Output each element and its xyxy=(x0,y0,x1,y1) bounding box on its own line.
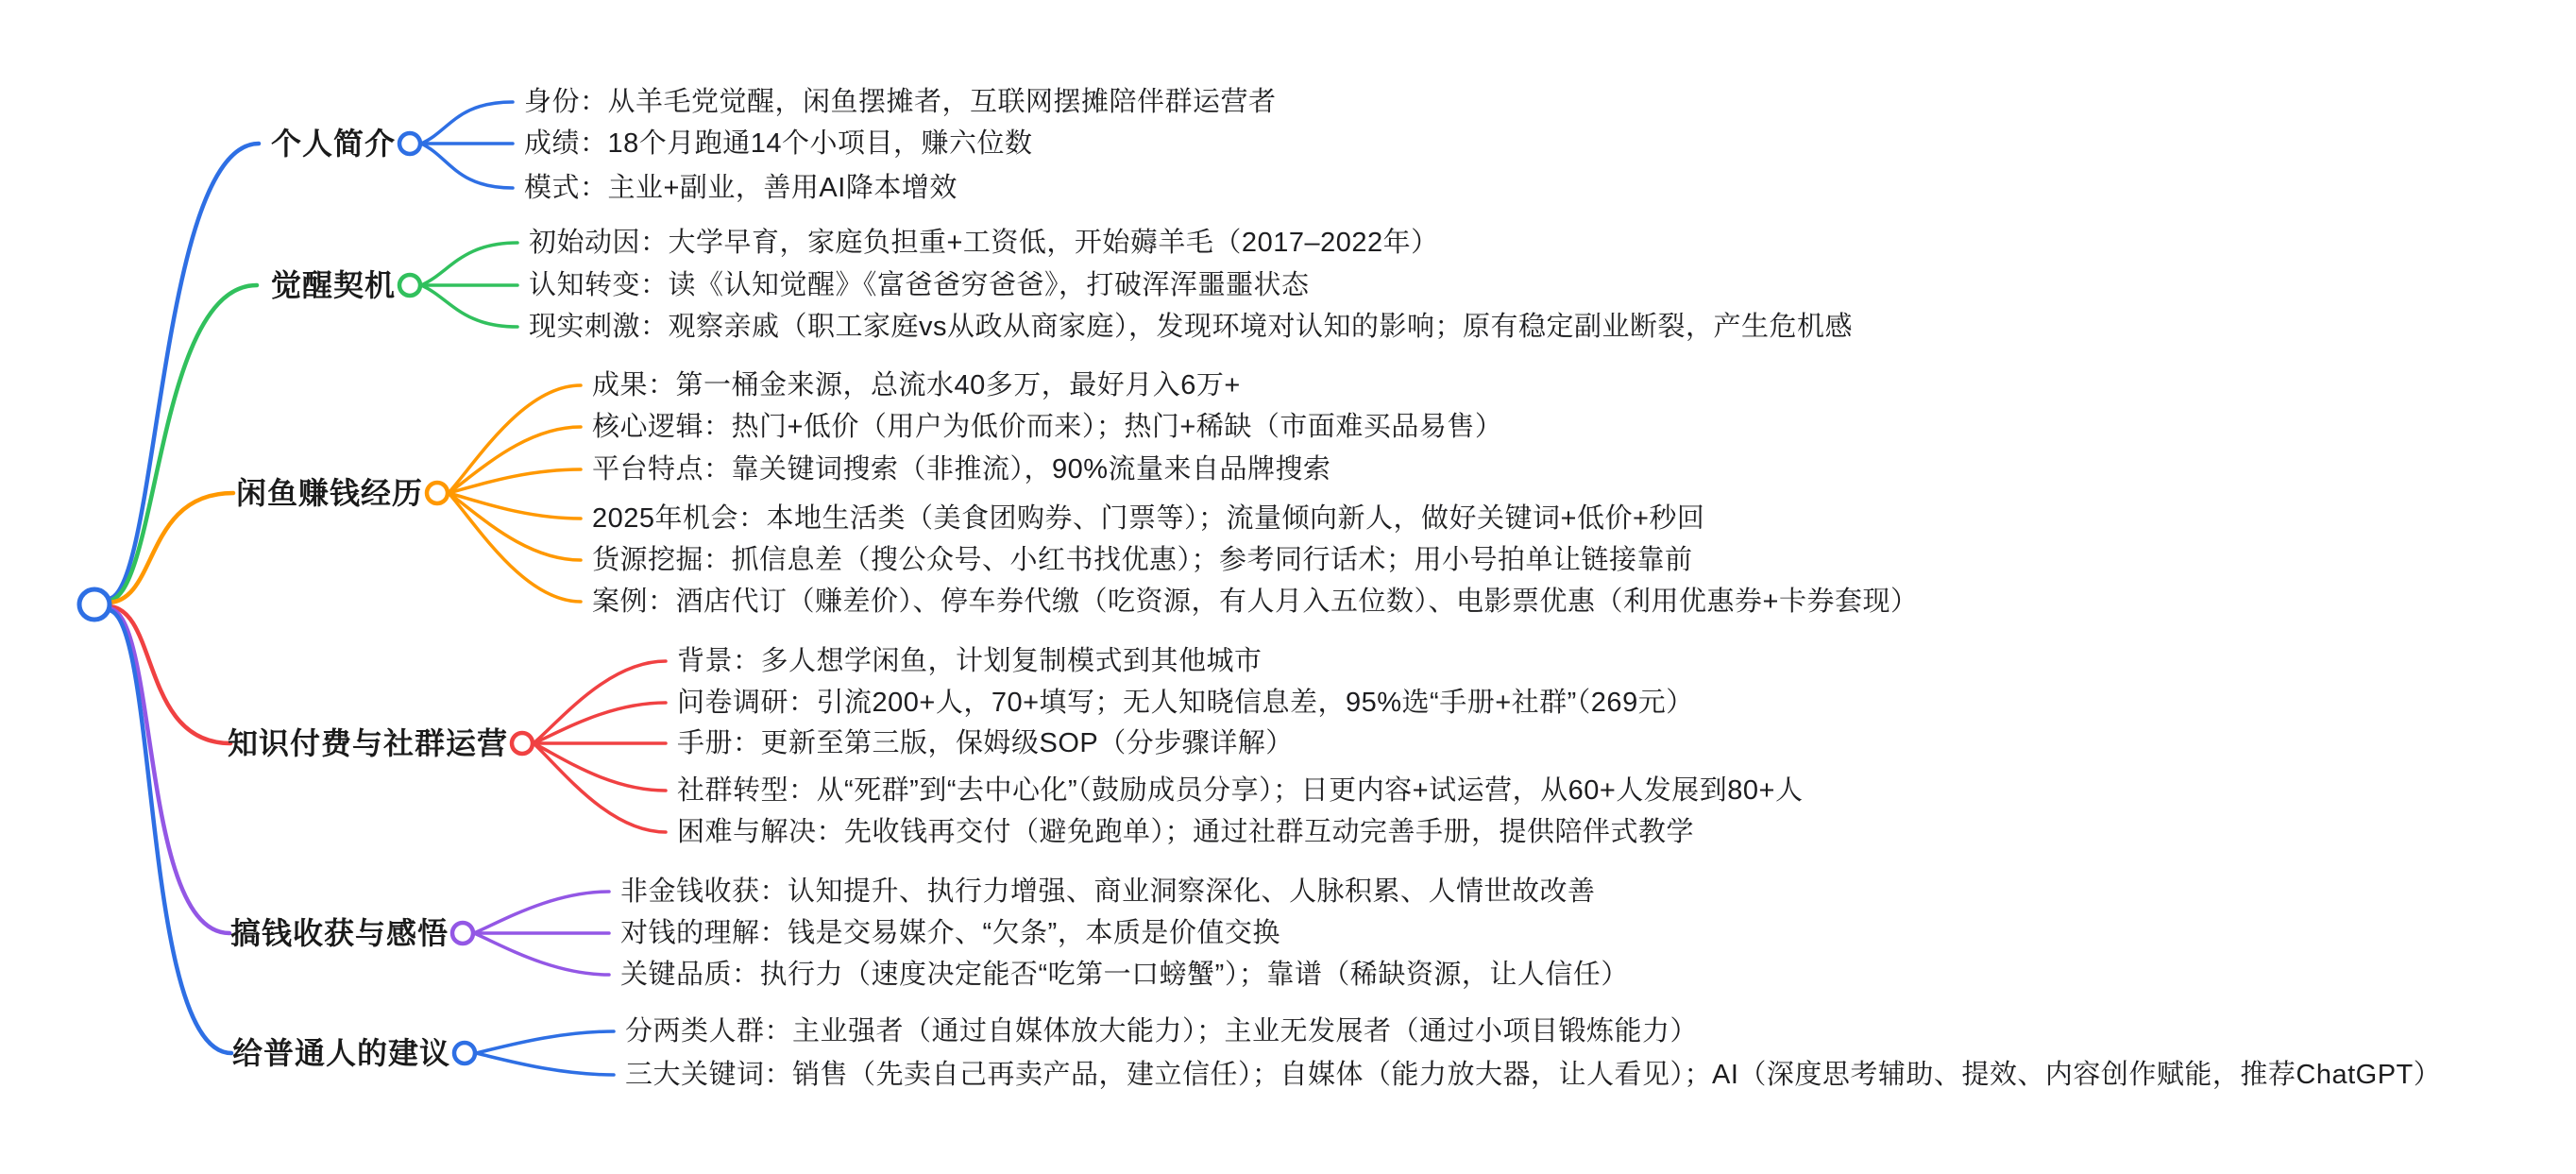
connector-line xyxy=(534,743,666,791)
leaf-node[interactable]: 三大关键词：销售（先卖自己再卖产品，建立信任）；自媒体（能力放大器，让人看见）；… xyxy=(625,1055,2441,1095)
connector-line xyxy=(474,933,609,975)
branch-node-personal-intro[interactable]: 个人简介 xyxy=(271,123,396,164)
leaf-node[interactable]: 货源挖掘：抓信息差（搜公众号、小红书找优惠）；参考同行话术；用小号拍单让链接靠前 xyxy=(592,540,1693,580)
leaf-node[interactable]: 平台特点：靠关键词搜索（非推流），90%流量来自品牌搜索 xyxy=(592,450,1331,489)
connector-line xyxy=(449,493,581,560)
leaf-node[interactable]: 身份：从羊毛党觉醒，闲鱼摆摊者，互联网摆摊陪伴群运营者 xyxy=(524,82,1277,122)
branch-junction-circle[interactable] xyxy=(399,275,420,296)
leaf-node[interactable]: 认知转变：读《认知觉醒》《富爸爸穷爸爸》，打破浑浑噩噩状态 xyxy=(529,265,1310,305)
leaf-node[interactable]: 模式：主业+副业，善用AI降本增效 xyxy=(524,168,958,208)
leaf-node[interactable]: 成绩：18个月跑通14个小项目，赚六位数 xyxy=(524,124,1033,163)
leaf-node[interactable]: 背景：多人想学闲鱼，计划复制模式到其他城市 xyxy=(677,641,1263,681)
connector-line xyxy=(421,285,517,327)
leaf-node[interactable]: 案例：酒店代订（赚差价）、停车券代缴（吃资源，有人月入五位数）、电影票优惠（利用… xyxy=(592,582,1918,621)
leaf-node[interactable]: 分两类人群：主业强者（通过自媒体放大能力）；主业无发展者（通过小项目锻炼能力） xyxy=(625,1012,1698,1051)
branch-node-knowledge-community[interactable]: 知识付费与社群运营 xyxy=(228,723,508,764)
connector-line xyxy=(109,608,229,933)
leaf-node[interactable]: 非金钱收获：认知提升、执行力增强、商业洞察深化、人脉积累、人情世故改善 xyxy=(620,872,1596,911)
root-node-circle[interactable] xyxy=(79,589,110,620)
leaf-node[interactable]: 困难与解决：先收钱再交付（避免跑单）；通过社群互动完善手册，提供陪伴式教学 xyxy=(677,812,1694,852)
leaf-node[interactable]: 现实刺激：观察亲戚（职工家庭vs从政从商家庭），发现环境对认知的影响；原有稳定副… xyxy=(529,307,1853,347)
connector-line xyxy=(421,102,513,144)
mindmap-canvas: 个人简介 觉醒契机 闲鱼赚钱经历 知识付费与社群运营 搞钱收获与感悟 给普通人的… xyxy=(0,0,2576,1174)
branch-node-gains-insights[interactable]: 搞钱收获与感悟 xyxy=(230,912,449,954)
branch-node-awakening[interactable]: 觉醒契机 xyxy=(271,264,396,306)
leaf-node[interactable]: 2025年机会：本地生活类（美食团购券、门票等）；流量倾向新人，做好关键词+低价… xyxy=(592,499,1704,538)
connector-line xyxy=(474,892,609,933)
leaf-node[interactable]: 手册：更新至第三版，保姆级SOP（分步骤详解） xyxy=(677,723,1294,763)
connector-line xyxy=(449,427,581,493)
branch-junction-circle[interactable] xyxy=(512,733,533,754)
branch-junction-circle[interactable] xyxy=(452,923,473,944)
connector-line xyxy=(476,1031,614,1053)
leaf-node[interactable]: 初始动因：大学早育，家庭负担重+工资低，开始薅羊毛（2017–2022年） xyxy=(529,223,1439,263)
connector-line xyxy=(421,243,517,285)
branch-node-advice[interactable]: 给普通人的建议 xyxy=(232,1032,450,1074)
leaf-node[interactable]: 对钱的理解：钱是交易媒介、“欠条”，本质是价值交换 xyxy=(620,913,1280,953)
branch-junction-circle[interactable] xyxy=(399,133,420,154)
leaf-node[interactable]: 社群转型：从“死群”到“去中心化”（鼓励成员分享）；日更内容+试运营，从60+人… xyxy=(677,771,1803,810)
branch-junction-circle[interactable] xyxy=(454,1043,475,1063)
leaf-node[interactable]: 核心逻辑：热门+低价（用户为低价而来）；热门+稀缺（市面难买品易售） xyxy=(592,407,1502,447)
branch-junction-circle[interactable] xyxy=(427,483,448,503)
connector-line xyxy=(449,469,581,493)
leaf-node[interactable]: 成果：第一桶金来源，总流水40多万，最好月入6万+ xyxy=(592,366,1241,405)
leaf-node[interactable]: 问卷调研：引流200+人，70+填写；无人知晓信息差，95%选“手册+社群”（2… xyxy=(677,683,1694,723)
leaf-node[interactable]: 关键品质：执行力（速度决定能否“吃第一口螃蟹”）；靠谱（稀缺资源，让人信任） xyxy=(620,955,1629,995)
connector-line xyxy=(449,493,581,519)
connector-line xyxy=(109,610,231,1053)
branch-node-xianyu-experience[interactable]: 闲鱼赚钱经历 xyxy=(236,472,423,514)
connector-line xyxy=(476,1053,614,1075)
connector-line xyxy=(421,144,513,188)
